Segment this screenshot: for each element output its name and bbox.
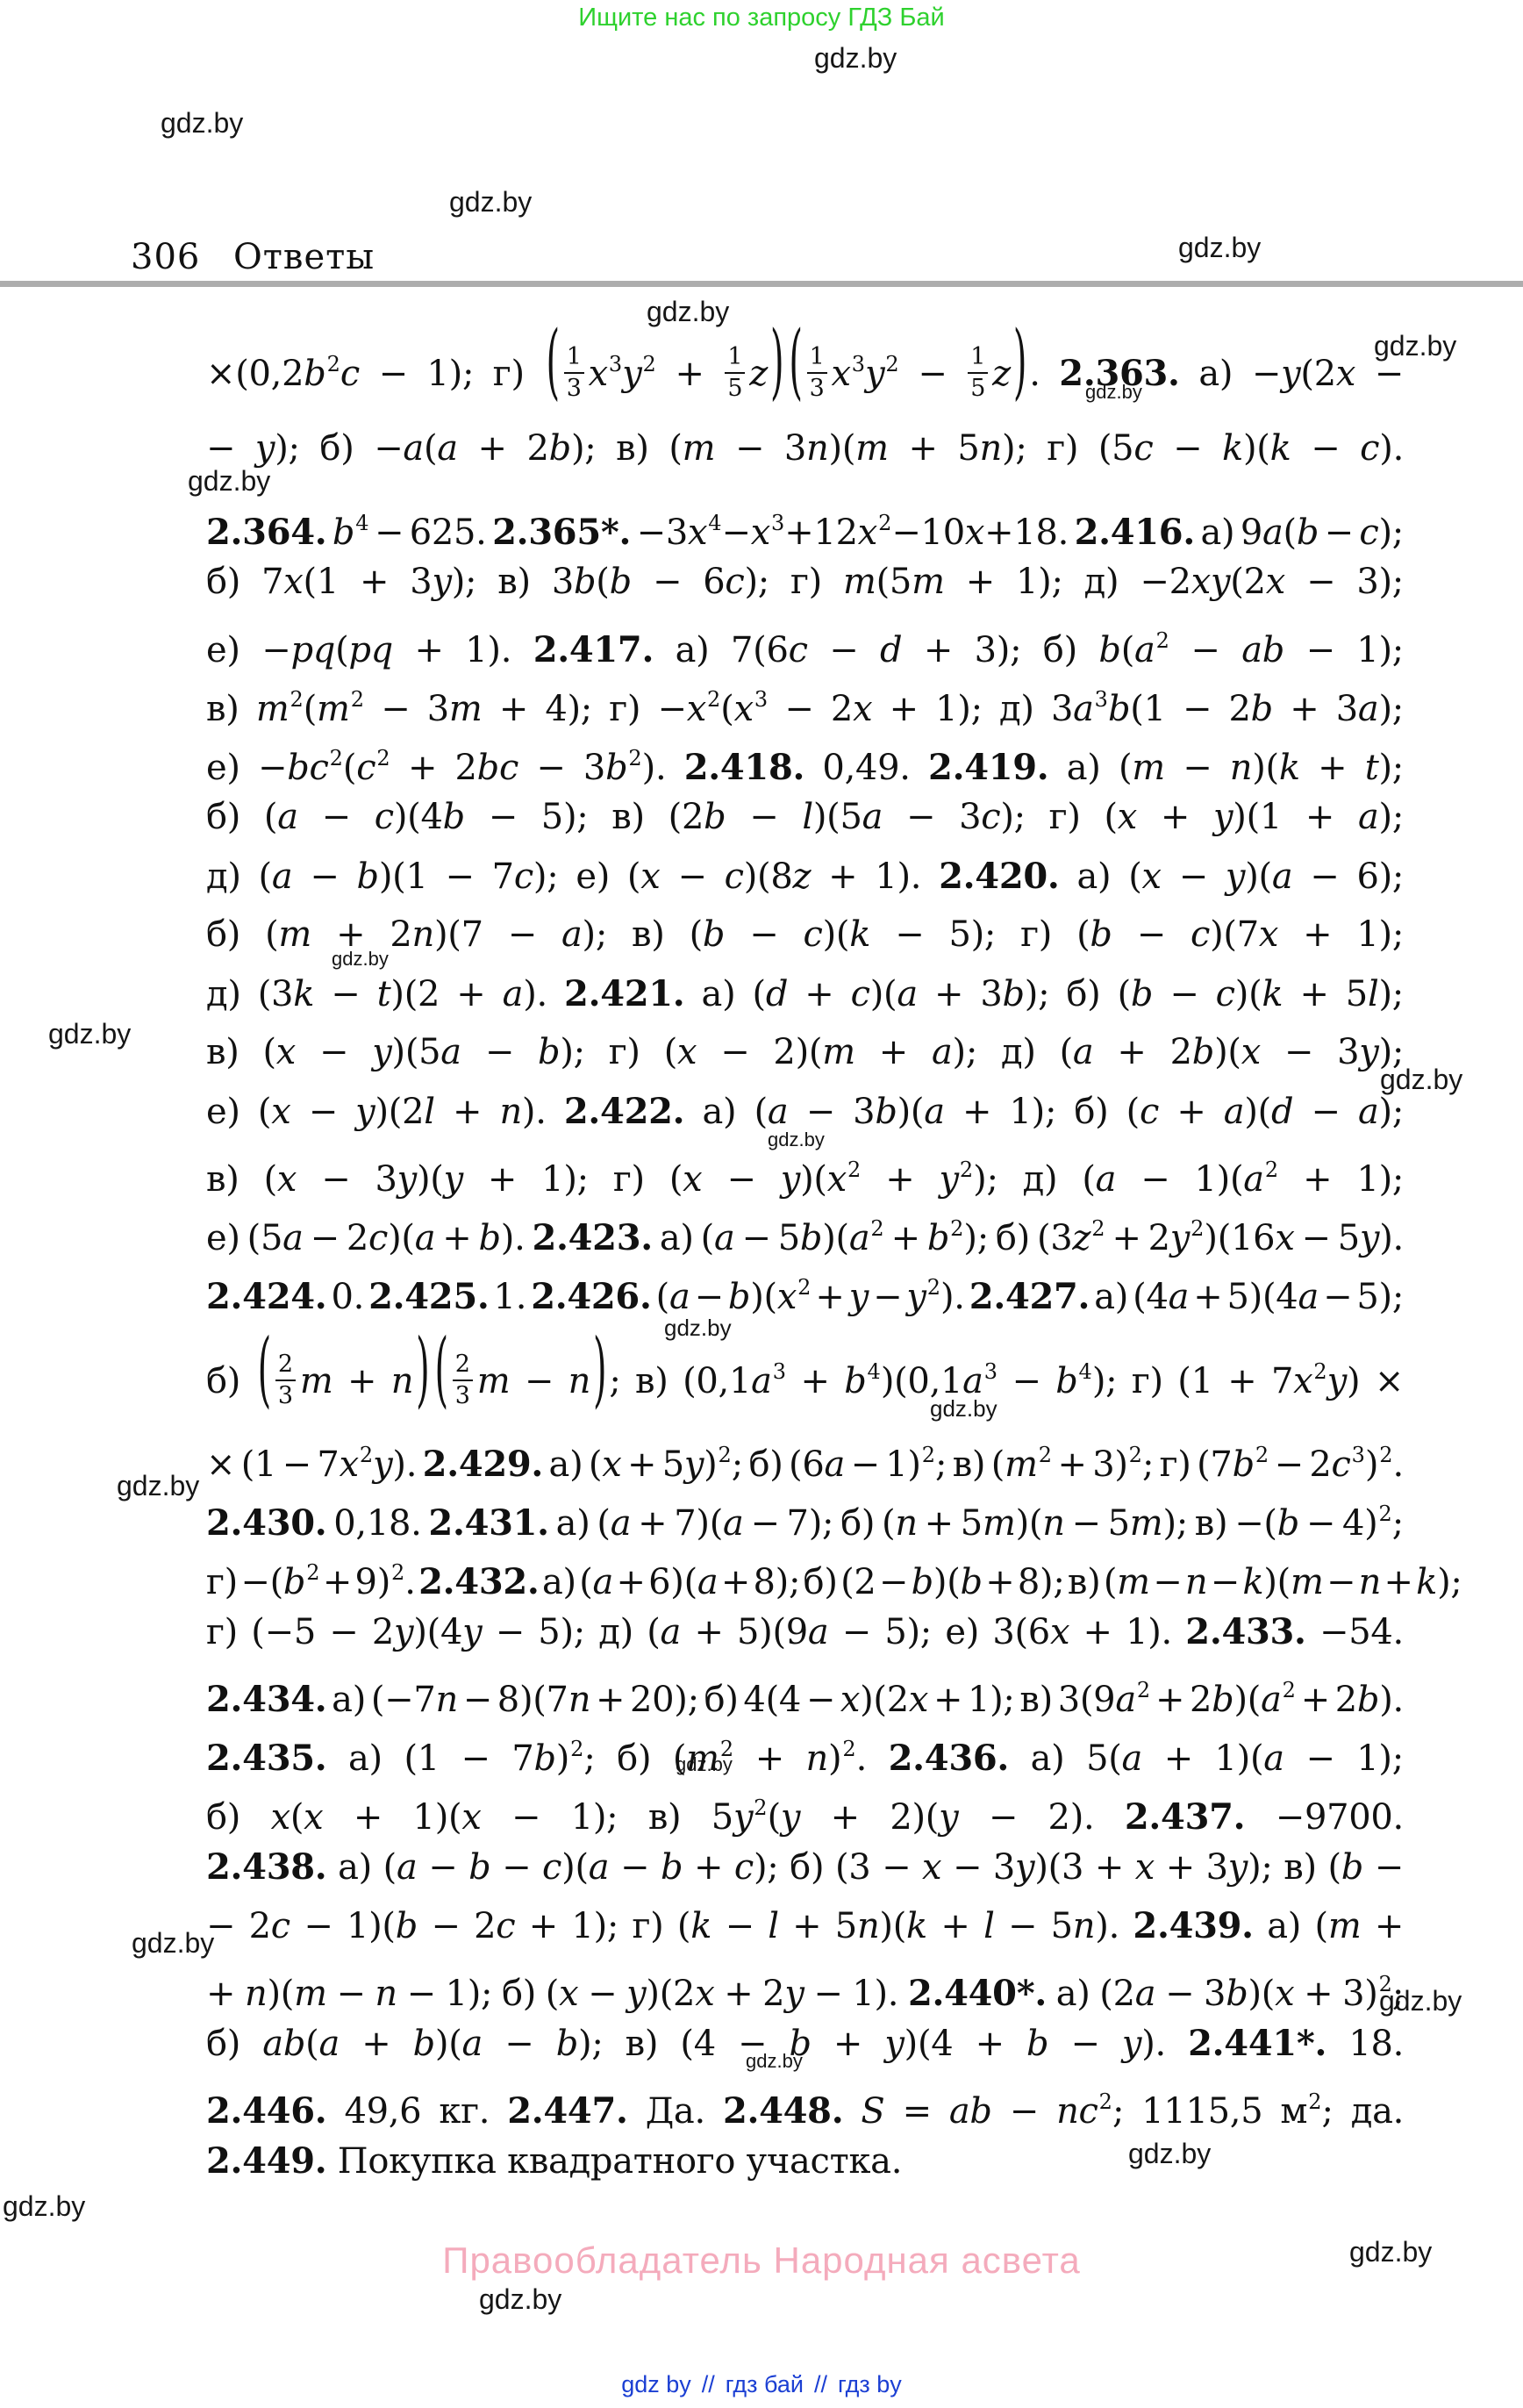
answer-line: 2.430. 0,18. 2.431. а) (a + 7)(a − 7); б… [206, 1485, 1404, 1544]
gdz-watermark: gdz.by [132, 1927, 214, 1960]
answer-line: б) (23m + n)(23m − n); в) (0,1a3 + b4)(0… [206, 1317, 1404, 1426]
answer-line: д) (3k − t)(2 + a). 2.421. а) (d + c)(a … [206, 964, 1404, 1023]
answer-line: е) (5a − 2c)(a + b). 2.423. а) (a − 5b)(… [206, 1200, 1404, 1258]
answer-line: + n)(m − n − 1); б) (x − y)(2x + 2y − 1)… [206, 1955, 1404, 2014]
big-paren: ) [590, 1243, 609, 1498]
footer-links: gdz by//гдз бай//гдз by [0, 2371, 1523, 2398]
answer-line: г) (−5 − 2y)(4y − 5); д) (a + 5)(9a − 5)… [206, 1602, 1404, 1661]
gdz-watermark: gdz.by [1178, 232, 1261, 264]
answer-line: 2.435. а) (1 − 7b)2; б) (m2 + n)2. 2.436… [206, 1720, 1404, 1779]
answer-line: д) (a − b)(1 − 7c); е) (x − c)(8z + 1). … [206, 847, 1404, 906]
answers-body: ×(0,2b2c − 1); г) (13x3y2 + 15z)(13x3y2 … [206, 309, 1404, 2190]
fraction: 23 [453, 1353, 473, 1408]
big-paren: ( [543, 233, 561, 492]
big-paren: ( [432, 1243, 450, 1498]
answer-line: − 2c − 1)(b − 2c + 1); г) (k − l + 5n)(k… [206, 1896, 1404, 1955]
big-paren: ( [255, 1243, 274, 1498]
footer-link-gdz-bai[interactable]: гдз бай [726, 2371, 804, 2397]
gdz-watermark: gdz.by [449, 186, 532, 219]
answer-line: е) (x − y)(2l + n). 2.422. а) (a − 3b)(a… [206, 1082, 1404, 1141]
answer-line: в) (x − 3y)(y + 1); г) (x − y)(x2 + y2);… [206, 1141, 1404, 1200]
answer-line: × (1 − 7x2y). 2.429. а) (x + 5y)2; б) (6… [206, 1426, 1404, 1485]
answer-line: ×(0,2b2c − 1); г) (13x3y2 + 15z)(13x3y2 … [206, 309, 1404, 419]
link-separator: // [814, 2371, 827, 2397]
fraction: 15 [968, 346, 988, 400]
big-paren: ) [768, 233, 786, 492]
answer-line: б) (m + 2n)(7 − a); в) (b − c)(k − 5); г… [206, 906, 1404, 964]
gdz-watermark: gdz.by [117, 1470, 199, 1502]
gdz-watermark: gdz.by [814, 42, 897, 75]
answer-line: в) m2(m2 − 3m + 4); г) −x2(x3 − 2x + 1);… [206, 670, 1404, 729]
answer-line: 2.438. а) (a − b − c)(a − b + c); б) (3 … [206, 1838, 1404, 1896]
answer-line: б) x(x + 1)(x − 1); в) 5y2(y + 2)(y − 2)… [206, 1779, 1404, 1838]
answer-line: 2.364. b4 − 625. 2.365*. −3x4−x3+12x2−10… [206, 494, 1404, 553]
link-separator: // [702, 2371, 715, 2397]
promo-banner-text: Ищите нас по запросу ГДЗ Бай [0, 4, 1523, 32]
answer-line: е) −pq(pq + 1). 2.417. а) 7(6c − d + 3);… [206, 612, 1404, 670]
header-rule [0, 281, 1523, 287]
answer-line: 2.424. 0. 2.425. 1. 2.426. (a − b)(x2 + … [206, 1258, 1404, 1317]
answer-line: б) 7x(1 + 3y); в) 3b(b − 6c); г) m(5m + … [206, 553, 1404, 612]
big-paren: ) [413, 1243, 432, 1498]
answer-line: б) (a − c)(4b − 5); в) (2b − l)(5a − 3c)… [206, 788, 1404, 847]
gdz-watermark: gdz.by [3, 2190, 85, 2223]
answer-line: е) −bc2(c2 + 2bc − 3b2). 2.418. 0,49. 2.… [206, 729, 1404, 788]
answer-line: 2.449. Покупка квадратного участка. [206, 2132, 1404, 2190]
answer-line: 2.434. а) (−7n − 8)(7n + 20); б) 4(4 − x… [206, 1661, 1404, 1720]
fraction: 13 [807, 346, 827, 400]
textbook-answers-page: Ищите нас по запросу ГДЗ Бай gdz.bygdz.b… [0, 0, 1523, 2408]
footer-link-gdz-by2[interactable]: гдз by [838, 2371, 902, 2397]
answer-line: в) (x − y)(5a − b); г) (x − 2)(m + a); д… [206, 1023, 1404, 1082]
footer-link-gdz-by[interactable]: gdz by [621, 2371, 691, 2397]
copyright-notice: Правообладатель Народная асвета [0, 2240, 1523, 2282]
fraction: 13 [564, 346, 584, 400]
page-title: Ответы [233, 237, 375, 277]
gdz-watermark: gdz.by [479, 2283, 561, 2316]
gdz-watermark: gdz.by [48, 1018, 131, 1050]
big-paren: ( [786, 233, 804, 492]
answer-line: б) ab(a + b)(a − b); в) (4 − b + y)(4 + … [206, 2014, 1404, 2073]
gdz-watermark: gdz.by [161, 107, 243, 140]
page-number: 306 [131, 237, 200, 277]
fraction: 23 [275, 1353, 296, 1408]
fraction: 15 [725, 346, 745, 400]
answer-line: 2.446. 49,6 кг. 2.447. Да. 2.448. S = ab… [206, 2073, 1404, 2132]
big-paren: ) [1011, 233, 1029, 492]
answer-line: г) −(b2 + 9)2. 2.432. а) (a + 6)(a + 8);… [206, 1544, 1404, 1602]
